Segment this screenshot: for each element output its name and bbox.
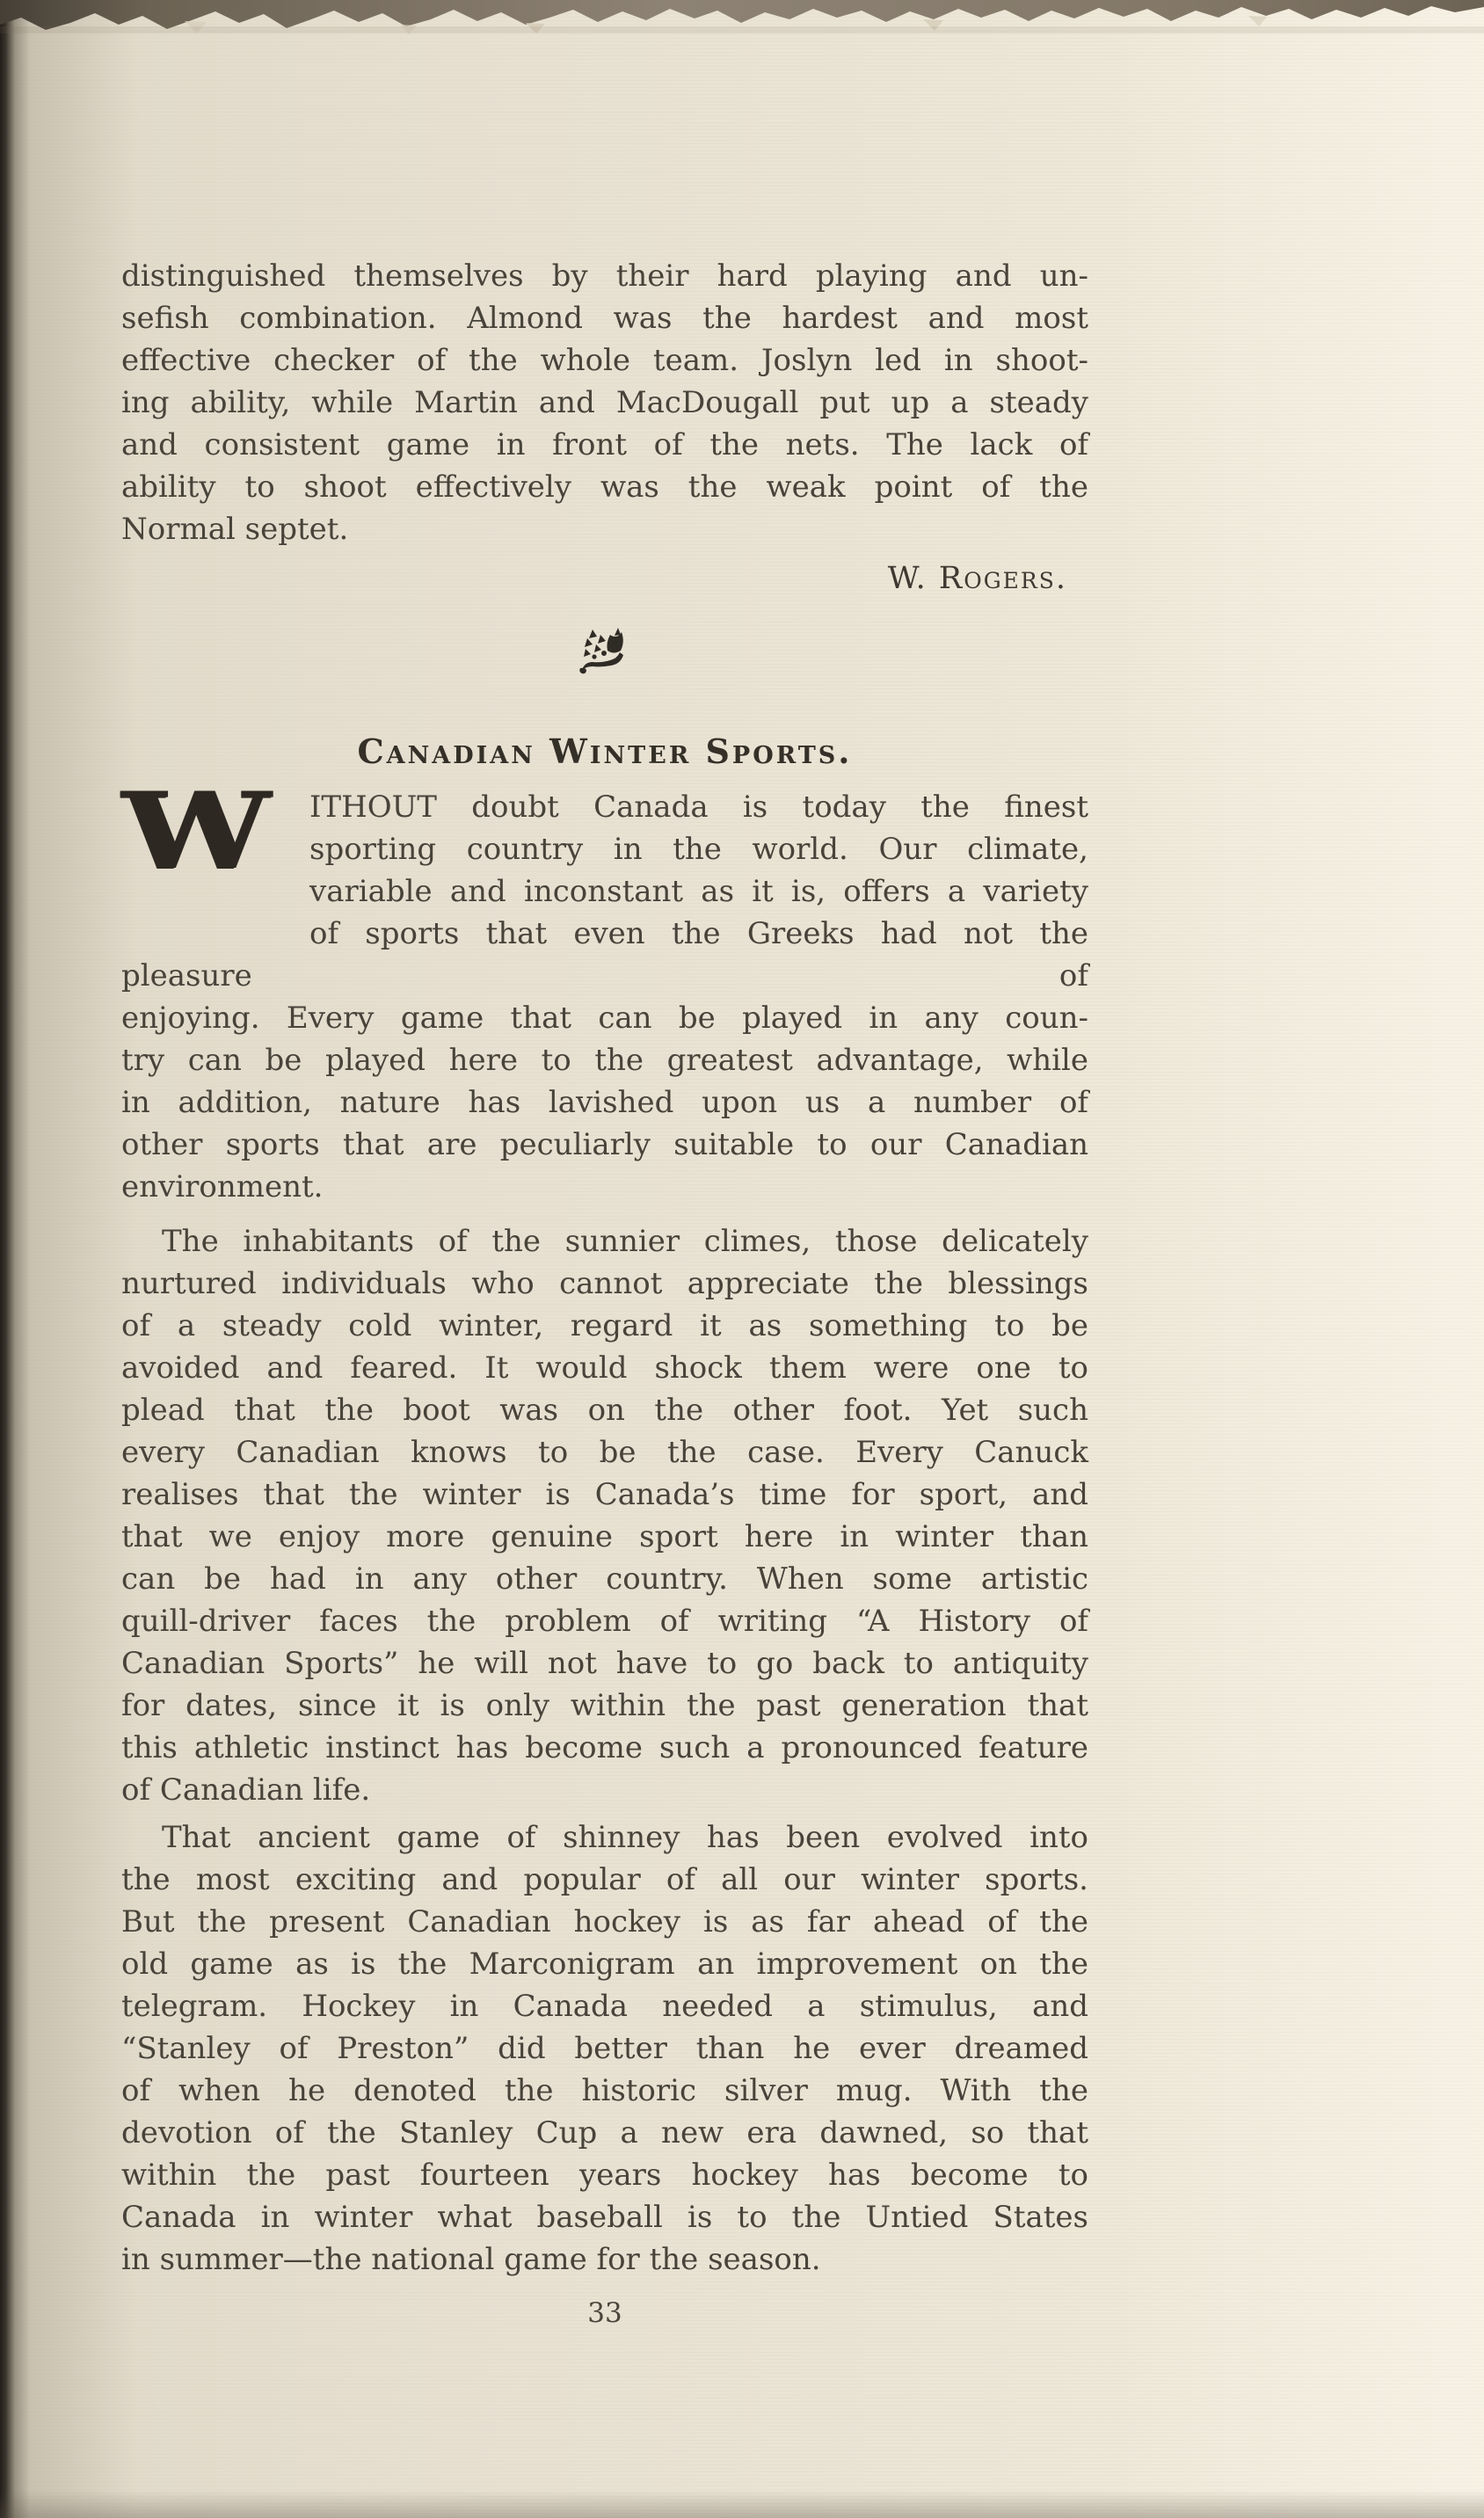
closing-paragraph: distinguished themselves by their hard p… xyxy=(121,255,1088,550)
author-signature: W. Rogers. xyxy=(121,557,1088,600)
text-line: distinguished themselves by their hard p… xyxy=(121,255,1088,297)
text-line: can be had in any other country. When so… xyxy=(121,1558,1088,1600)
text-line: for dates, since it is only within the p… xyxy=(121,1685,1088,1727)
text-line: of a steady cold winter, regard it as so… xyxy=(121,1305,1088,1347)
text-line: ing ability, while Martin and MacDougall… xyxy=(121,382,1088,424)
fleuron-icon xyxy=(577,622,633,677)
text-line: in addition, nature has lavished upon us… xyxy=(121,1081,1088,1124)
text-column: distinguished themselves by their hard p… xyxy=(121,0,1088,2332)
text-line: try can be played here to the greatest a… xyxy=(121,1039,1088,1081)
text-line: avoided and feared. It would shock them … xyxy=(121,1347,1088,1389)
paper-sheen xyxy=(1106,0,1484,2518)
text-line: environment. xyxy=(121,1166,1088,1208)
text-line: realises that the winter is Canada’s tim… xyxy=(121,1474,1088,1516)
paragraph-intro: W ITHOUT doubt Canada is today the fines… xyxy=(121,786,1088,1208)
text-line: That ancient game of shinney has been ev… xyxy=(121,1816,1088,1859)
paragraph-inhabitants: The inhabitants of the sunnier climes, t… xyxy=(121,1220,1088,1811)
text-line: The inhabitants of the sunnier climes, t… xyxy=(121,1220,1088,1263)
text-line: Normal septet. xyxy=(121,508,1088,550)
text-line: the most exciting and popular of all our… xyxy=(121,1859,1088,1901)
text-line: plead that the boot was on the other foo… xyxy=(121,1389,1088,1431)
page-number: 33 xyxy=(121,2295,1088,2332)
drop-cap-letter: W xyxy=(121,786,341,916)
text-line: of Canadian life. xyxy=(121,1769,1088,1811)
scanned-book-page: { "page": { "number": "33", "paper_color… xyxy=(0,0,1484,2518)
page-bottom-shadow xyxy=(0,2490,1484,2518)
text-line: telegram. Hockey in Canada needed a stim… xyxy=(121,1985,1088,2027)
section-heading: Canadian Winter Sports. xyxy=(121,731,1088,772)
text-line: that we enjoy more genuine sport here in… xyxy=(121,1516,1088,1558)
text-line: sefish combination. Almond was the harde… xyxy=(121,297,1088,339)
text-line: within the past fourteen years hockey ha… xyxy=(121,2154,1088,2196)
text-line: of sports that even the Greeks had not t… xyxy=(121,913,1088,997)
text-line: this athletic instinct has become such a… xyxy=(121,1727,1088,1769)
text-line: other sports that are peculiarly suitabl… xyxy=(121,1124,1088,1166)
text-line: effective checker of the whole team. Jos… xyxy=(121,339,1088,382)
section-divider xyxy=(121,617,1088,682)
text-line: every Canadian knows to be the case. Eve… xyxy=(121,1431,1088,1474)
text-line: and consistent game in front of the nets… xyxy=(121,424,1088,466)
text-line: “Stanley of Preston” did better than he … xyxy=(121,2027,1088,2070)
page-top-deckle-edge xyxy=(0,0,1484,40)
text-line: old game as is the Marconigram an improv… xyxy=(121,1943,1088,1985)
text-line: of when he denoted the historic silver m… xyxy=(121,2070,1088,2112)
text-line: But the present Canadian hockey is as fa… xyxy=(121,1901,1088,1943)
text-line: in summer—the national game for the seas… xyxy=(121,2238,1088,2281)
text-line: enjoying. Every game that can be played … xyxy=(121,997,1088,1039)
page-left-binding-edge xyxy=(0,0,30,2518)
text-line: Canada in winter what baseball is to the… xyxy=(121,2196,1088,2238)
text-line: quill-driver faces the problem of writin… xyxy=(121,1600,1088,1642)
text-line: nurtured individuals who cannot apprecia… xyxy=(121,1263,1088,1305)
paragraph-shinney: That ancient game of shinney has been ev… xyxy=(121,1816,1088,2281)
text-line: Canadian Sports” he will not have to go … xyxy=(121,1642,1088,1685)
text-line: devotion of the Stanley Cup a new era da… xyxy=(121,2112,1088,2154)
text-line: ability to shoot effectively was the wea… xyxy=(121,466,1088,508)
